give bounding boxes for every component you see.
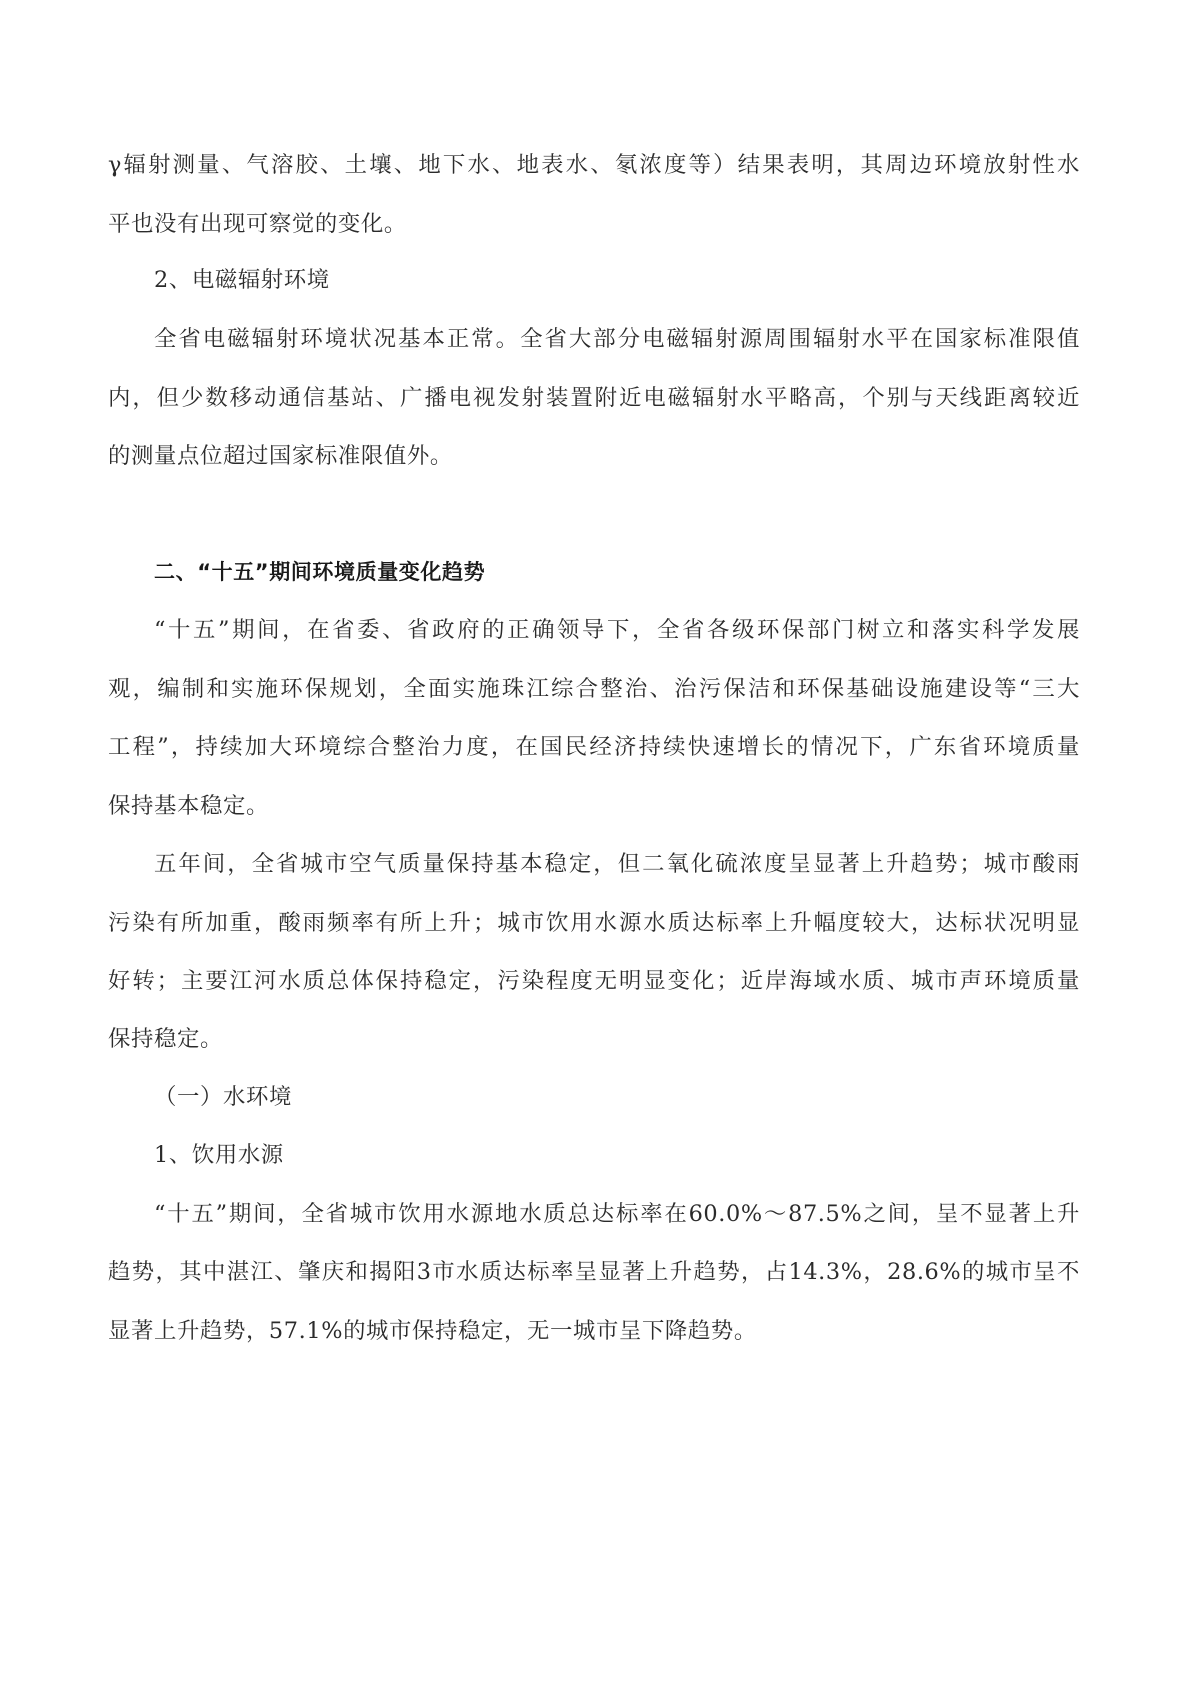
paragraph-line: 保持基本稳定。	[108, 791, 269, 821]
paragraph-line: 平也没有出现可察觉的变化。	[108, 209, 407, 239]
paragraph-line: 五年间，全省城市空气质量保持基本稳定，但二氧化硫浓度呈显著上升趋势；城市酸雨	[154, 849, 1080, 879]
paragraph-line: γ辐射测量、气溶胶、土壤、地下水、地表水、氡浓度等）结果表明，其周边环境放射性水	[108, 150, 1080, 180]
paragraph-line: 内，但少数移动通信基站、广播电视发射装置附近电磁辐射水平略高，个别与天线距离较近	[108, 383, 1080, 413]
paragraph-line: “十五”期间，在省委、省政府的正确领导下，全省各级环保部门树立和落实科学发展	[154, 615, 1080, 645]
paragraph-line: 保持稳定。	[108, 1024, 223, 1054]
paragraph-line: 工程”，持续加大环境综合整治力度，在国民经济持续快速增长的情况下，广东省环境质量	[108, 732, 1080, 762]
paragraph-line: “十五”期间，全省城市饮用水源地水质总达标率在60.0%～87.5%之间，呈不显…	[154, 1199, 1080, 1229]
section-heading-tenth-five-year-trend: 二、“十五”期间环境质量变化趋势	[154, 557, 485, 587]
subheading-water-environment: （一）水环境	[154, 1082, 292, 1112]
paragraph-line: 污染有所加重，酸雨频率有所上升；城市饮用水源水质达标率上升幅度较大，达标状况明显	[108, 908, 1080, 938]
paragraph-line: 观，编制和实施环保规划，全面实施珠江综合整治、治污保洁和环保基础设施建设等“三大	[108, 674, 1080, 704]
paragraph-line: 好转；主要江河水质总体保持稳定，污染程度无明显变化；近岸海域水质、城市声环境质量	[108, 966, 1080, 996]
subheading-drinking-water-source: 1、饮用水源	[154, 1140, 284, 1170]
paragraph-line: 显著上升趋势，57.1%的城市保持稳定，无一城市呈下降趋势。	[108, 1316, 757, 1346]
paragraph-line: 趋势，其中湛江、肇庆和揭阳3市水质达标率呈显著上升趋势，占14.3%，28.6%…	[108, 1257, 1080, 1287]
paragraph-line: 的测量点位超过国家标准限值外。	[108, 441, 453, 471]
subheading-electromagnetic-radiation: 2、电磁辐射环境	[154, 265, 330, 295]
paragraph-line: 全省电磁辐射环境状况基本正常。全省大部分电磁辐射源周围辐射水平在国家标准限值	[154, 324, 1080, 354]
